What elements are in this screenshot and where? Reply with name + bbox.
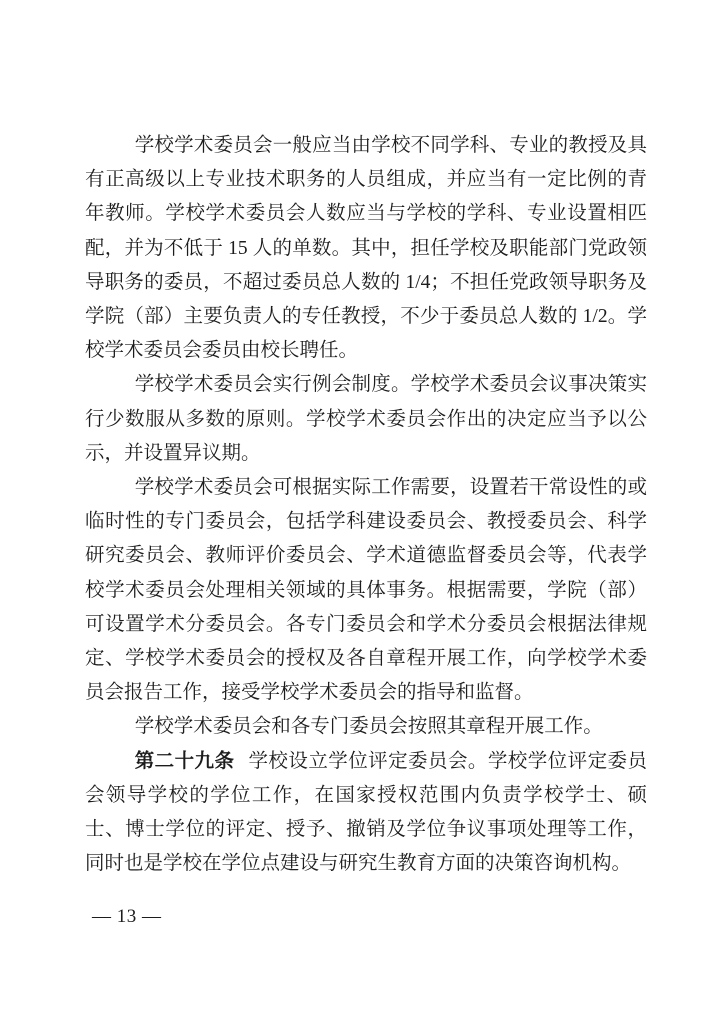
paragraph-special-committees: 学校学术委员会可根据实际工作需要，设置若干常设性的或临时性的专门委员会，包括学科… (85, 471, 647, 710)
paragraph-committee-composition: 学校学术委员会一般应当由学校不同学科、专业的教授及具有正高级以上专业技术职务的人… (85, 129, 647, 368)
paragraph-charter-work: 学校学术委员会和各专门委员会按照其章程开展工作。 (85, 710, 647, 744)
page-number: — 13 — (92, 906, 162, 928)
paragraph-article-29: 第二十九条学校设立学位评定委员会。学校学位评定委员会领导学校的学位工作，在国家授… (85, 745, 647, 882)
article-29-number: 第二十九条 (135, 751, 235, 772)
document-page: 学校学术委员会一般应当由学校不同学科、专业的教授及具有正高级以上专业技术职务的人… (0, 0, 724, 1023)
paragraph-meeting-system: 学校学术委员会实行例会制度。学校学术委员会议事决策实行少数服从多数的原则。学校学… (85, 368, 647, 471)
document-body: 学校学术委员会一般应当由学校不同学科、专业的教授及具有正高级以上专业技术职务的人… (85, 129, 647, 881)
